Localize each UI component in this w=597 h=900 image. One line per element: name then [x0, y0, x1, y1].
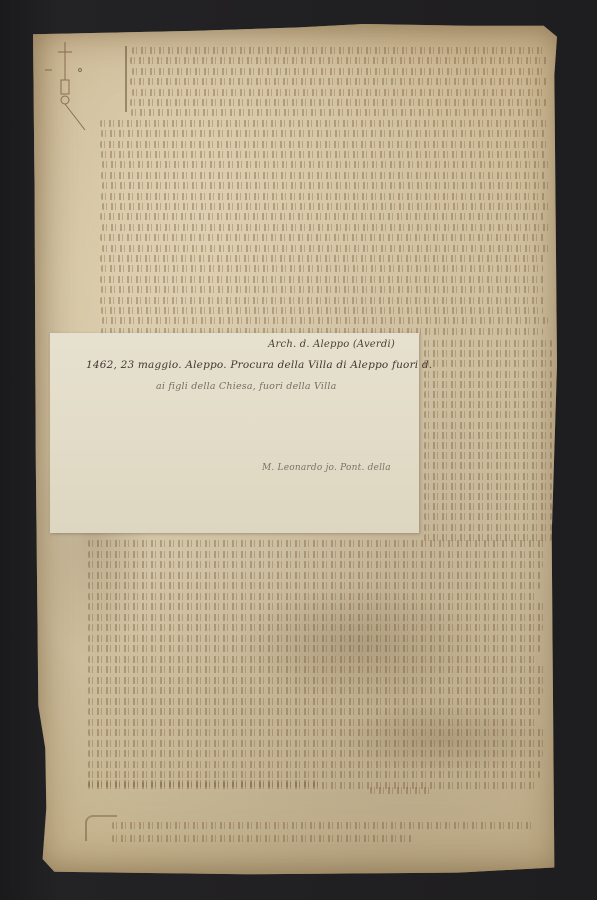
script-line [424, 391, 552, 398]
script-line [131, 109, 545, 116]
script-line [112, 835, 412, 842]
script-line [130, 57, 547, 64]
script-line [101, 286, 543, 293]
script-line [102, 161, 550, 168]
script-line [101, 265, 543, 272]
script-line [424, 462, 552, 469]
script-line [88, 771, 540, 778]
script-line [101, 307, 543, 314]
script-line [102, 224, 550, 231]
script-line [424, 350, 552, 357]
script-line [424, 432, 552, 439]
script-line [88, 677, 544, 684]
script-line [424, 483, 552, 490]
notarial-sign-icon [85, 815, 117, 841]
script-line [424, 340, 552, 347]
script-line [424, 503, 552, 510]
label-sub-line: ai figli della Chiesa, fuori della Villa [156, 381, 336, 392]
script-line [424, 524, 552, 531]
archival-label: Arch. d. Aleppo (Averdi) 1462, 23 maggio… [50, 333, 419, 533]
label-header: Arch. d. Aleppo (Averdi) [268, 339, 395, 350]
script-line [88, 698, 541, 705]
script-line [101, 193, 545, 200]
script-line [100, 141, 547, 148]
script-line [424, 473, 552, 480]
script-line [424, 422, 552, 429]
script-line [112, 822, 532, 829]
script-line [88, 593, 538, 600]
script-line [102, 317, 548, 324]
script-line [424, 452, 552, 459]
script-line [88, 656, 538, 663]
script-line [100, 213, 545, 220]
script-line [102, 203, 550, 210]
script-line [100, 234, 545, 241]
script-line [102, 182, 550, 189]
script-line [424, 381, 552, 388]
script-line [101, 130, 545, 137]
label-signature: M. Leonardo jo. Pont. della [262, 463, 391, 473]
script-line [88, 614, 544, 621]
script-line [424, 513, 552, 520]
script-line [424, 493, 552, 500]
script-line [88, 719, 538, 726]
script-line [100, 255, 545, 262]
script-line [88, 740, 544, 747]
script-line [88, 603, 546, 610]
script-line [88, 635, 541, 642]
script-line [101, 172, 545, 179]
script-line [424, 401, 552, 408]
script-line [102, 245, 550, 252]
script-line [88, 572, 541, 579]
script-line [424, 411, 552, 418]
script-line [100, 120, 547, 127]
script-line [88, 561, 543, 568]
script-line [424, 360, 552, 367]
script-line [88, 624, 543, 631]
script-line [100, 297, 545, 304]
script-line [424, 442, 552, 449]
script-line [424, 371, 552, 378]
script-line [88, 540, 546, 547]
script-line [88, 708, 540, 715]
script-line [88, 729, 546, 736]
label-main-line: 1462, 23 maggio. Aleppo. Procura della V… [86, 359, 432, 371]
script-line [132, 68, 545, 75]
script-line [88, 780, 318, 787]
script-line [88, 551, 544, 558]
script-line [130, 78, 547, 85]
script-line [130, 99, 547, 106]
script-line [88, 645, 540, 652]
script-line [88, 582, 540, 589]
script-line [88, 666, 546, 673]
script-line [132, 89, 545, 96]
script-line [370, 787, 430, 794]
script-line [88, 761, 541, 768]
script-line [100, 276, 545, 283]
script-line [132, 47, 545, 54]
script-line [88, 687, 543, 694]
script-line [88, 750, 543, 757]
script-line [101, 151, 545, 158]
